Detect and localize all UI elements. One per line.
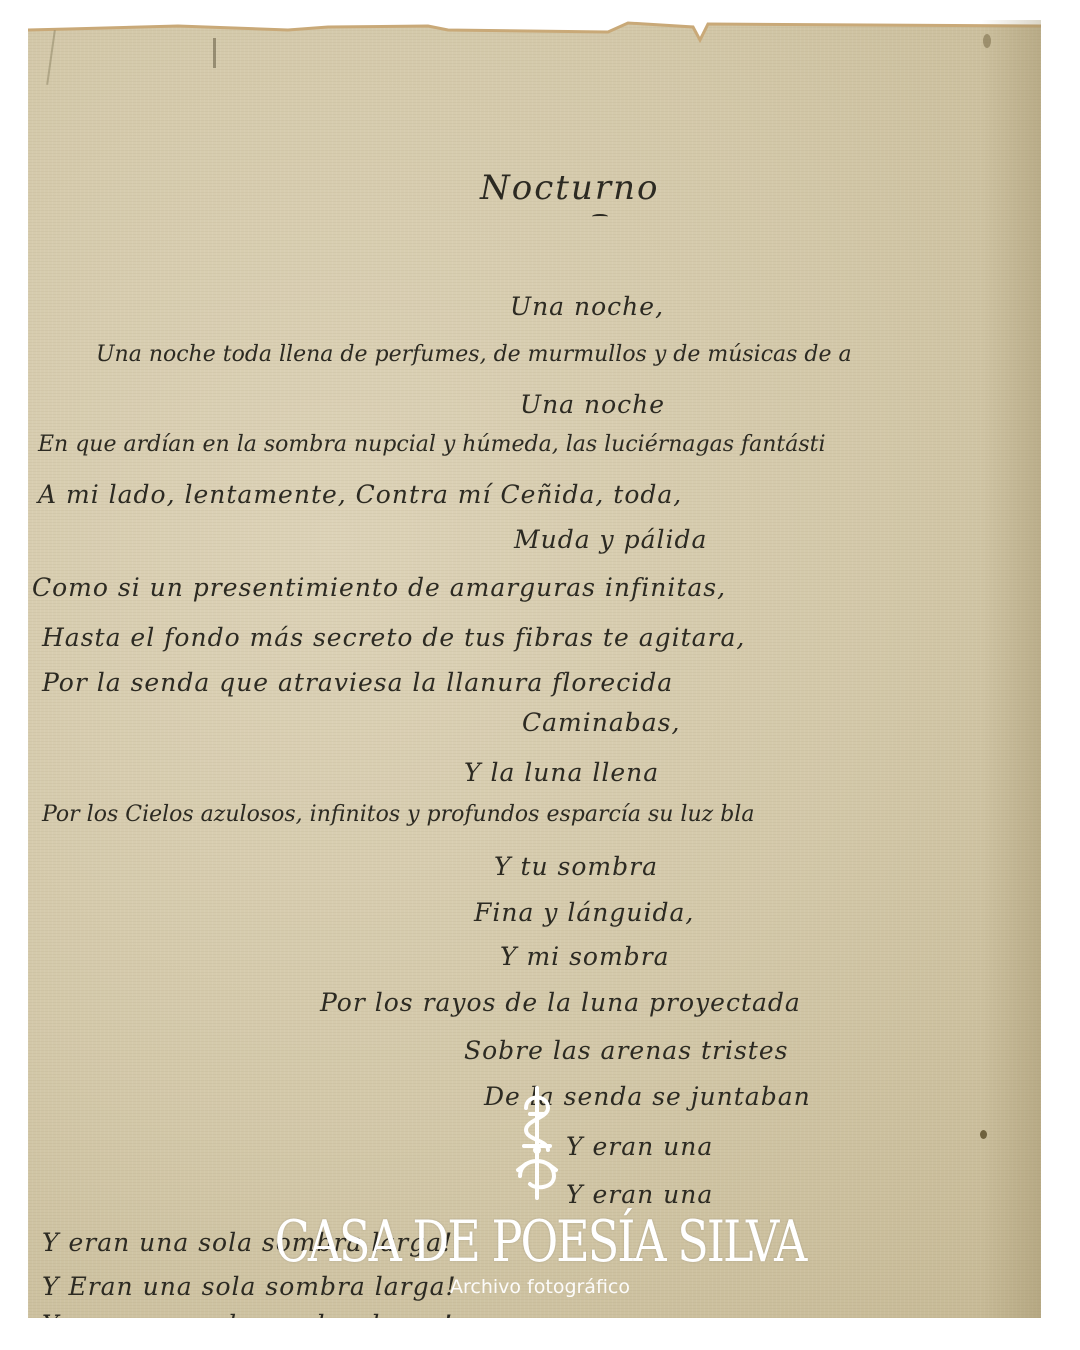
poem-line: Hasta el fondo más secreto de tus fibras… — [42, 623, 745, 652]
poem-line: Por los rayos de la luna proyectada — [320, 988, 801, 1017]
poem-line: A mi lado, lentamente, Contra mí Ceñida,… — [38, 480, 682, 509]
poem-line: Una noche, — [510, 292, 664, 321]
poem-line: Y tu sombra — [494, 852, 658, 881]
paper-crease — [213, 38, 216, 68]
monogram-icon — [512, 1086, 562, 1202]
poem-line: Caminabas, — [522, 708, 680, 737]
ink-blot — [983, 34, 991, 48]
poem-line: En que ardían en la sombra nupcial y húm… — [38, 432, 826, 457]
torn-top-edge — [28, 20, 1041, 60]
poem-line: Y mi sombra — [500, 942, 670, 971]
poem-line: Una noche toda llena de perfumes, de mur… — [96, 342, 852, 367]
poem-line: Muda y pálida — [514, 525, 707, 554]
poem-line: Por los Cielos azulosos, infinitos y pro… — [42, 802, 754, 827]
archive-watermark-title: CASA DE POESÍA SILVA — [0, 1207, 1080, 1275]
poem-line: Fina y lánguida, — [474, 898, 694, 927]
ink-blot — [980, 1130, 987, 1139]
poem-title: Nocturno — [480, 168, 659, 208]
title-underline — [592, 214, 608, 219]
poem-line: Y eran una — [566, 1180, 713, 1209]
poem-line: Por la senda que atraviesa la llanura fl… — [42, 668, 673, 697]
archive-watermark-subtitle: Archivo fotográfico — [0, 1276, 1080, 1298]
poem-line: Una noche — [520, 390, 665, 419]
poem-line: Como si un presentimiento de amarguras i… — [32, 573, 726, 602]
poem-line: Sobre las arenas tristes — [464, 1036, 788, 1065]
poem-line: Y eran una — [566, 1132, 713, 1161]
poem-line: Y la luna llena — [464, 758, 659, 787]
poem-line: Y eran una sola sombra larga! — [42, 1310, 453, 1318]
